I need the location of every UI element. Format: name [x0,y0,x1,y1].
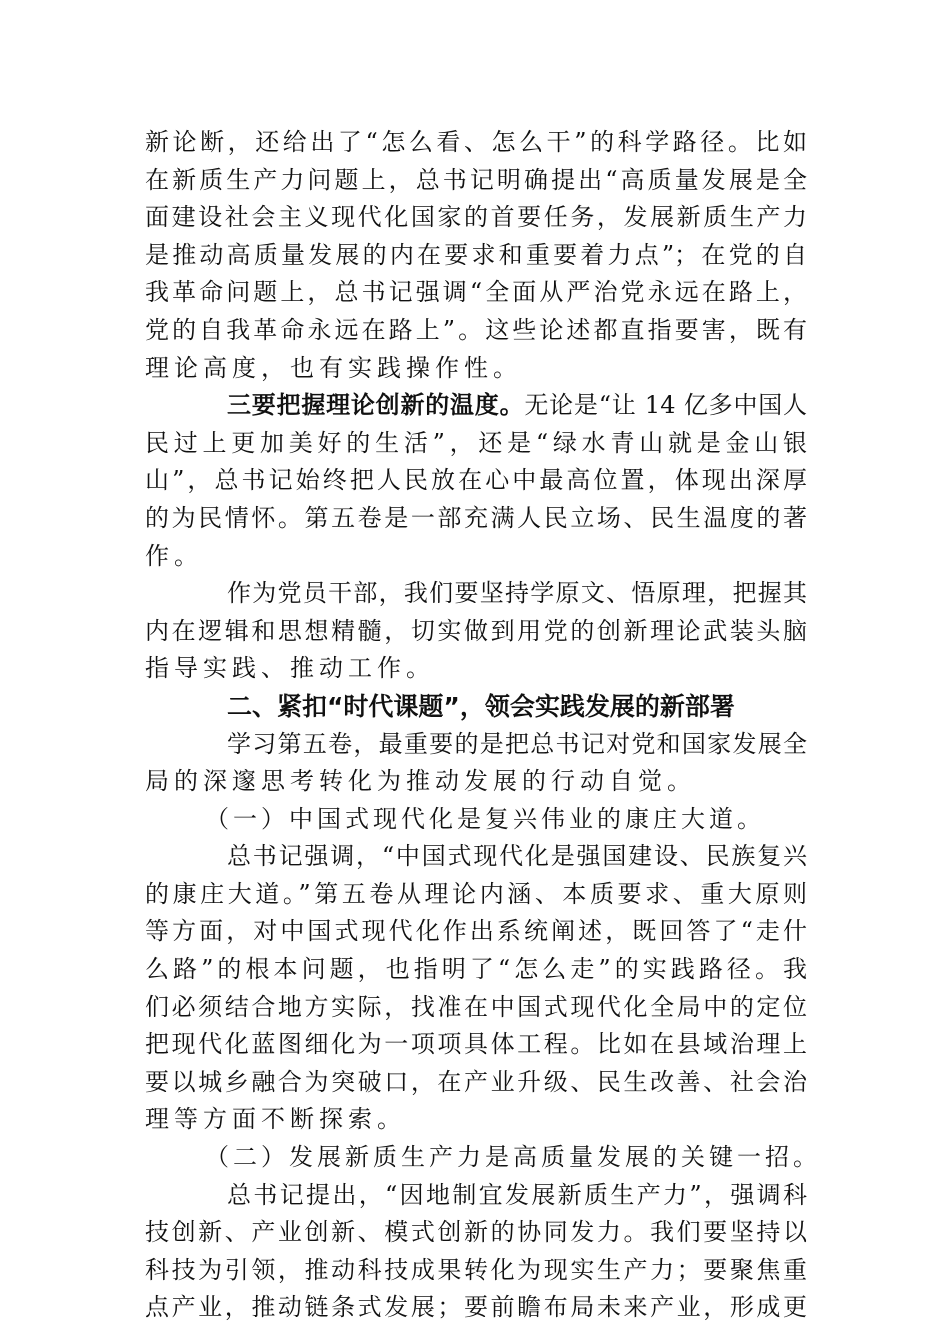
text-line: 在新质生产力问题上，总书记明确提出“高质量发展是全 [145,162,807,200]
text-line: 指导实践、推动工作。 [145,650,807,688]
text-line: 们必须结合地方实际，找准在中国式现代化全局中的定位 [145,989,807,1027]
paragraph-study-volume: 学习第五卷，最重要的是把总书记对党和国家发展全 局的深邃思考转化为推动发展的行动… [145,726,807,801]
paragraph-chinese-modernization: 总书记强调，“中国式现代化是强国建设、民族复兴 的康庄大道。”第五卷从理论内涵、… [145,838,807,1139]
text-line: 作为党员干部，我们要坚持学原文、悟原理，把握其 [145,575,807,613]
text-line: 科技为引领，推动科技成果转化为现实生产力；要聚焦重 [145,1252,807,1290]
text-line: 局的深邃思考转化为推动发展的行动自觉。 [145,763,807,801]
text-span: 无论是“让 14 亿多中国人 [524,391,807,419]
paragraph-new-productive-forces: 总书记提出，“因地制宜发展新质生产力”，强调科 技创新、产业创新、模式创新的协同… [145,1177,807,1327]
text-line: 三要把握理论创新的温度。无论是“让 14 亿多中国人 [145,387,807,425]
text-line: 总书记强调，“中国式现代化是强国建设、民族复兴 [145,838,807,876]
text-line: 总书记提出，“因地制宜发展新质生产力”，强调科 [145,1177,807,1215]
text-line: 是推动高质量发展的内在要求和重要着力点”；在党的自 [145,237,807,275]
text-line: 内在逻辑和思想精髓，切实做到用党的创新理论武装头脑 [145,613,807,651]
section-heading: 二、紧扣“时代课题”，领会实践发展的新部署 [145,688,807,726]
text-line: 面建设社会主义现代化国家的首要任务，发展新质生产力 [145,199,807,237]
text-line: 我革命问题上，总书记强调“全面从严治党永远在路上， [145,274,807,312]
text-line: 要以城乡融合为突破口，在产业升级、民生改善、社会治 [145,1064,807,1102]
text-line: 党的自我革命永远在路上”。这些论述都直指要害，既有 [145,312,807,350]
text-line: 点产业，推动链条式发展；要前瞻布局未来产业，形成更 [145,1289,807,1327]
paragraph-theory-warmth: 三要把握理论创新的温度。无论是“让 14 亿多中国人 民过上更加美好的生活”，还… [145,387,807,575]
subsection-heading: （一）中国式现代化是复兴伟业的康庄大道。 [145,801,807,839]
text-line: 的为民情怀。第五卷是一部充满人民立场、民生温度的著 [145,500,807,538]
document-page: 新论断，还给出了“怎么看、怎么干”的科学路径。比如 在新质生产力问题上，总书记明… [145,124,807,1327]
text-line: 民过上更加美好的生活”，还是“绿水青山就是金山银 [145,425,807,463]
paragraph-party-members: 作为党员干部，我们要坚持学原文、悟原理，把握其 内在逻辑和思想精髓，切实做到用党… [145,575,807,688]
text-line: 把现代化蓝图细化为一项项具体工程。比如在县域治理上 [145,1026,807,1064]
text-line: 技创新、产业创新、模式创新的协同发力。我们要坚持以 [145,1214,807,1252]
text-line: 学习第五卷，最重要的是把总书记对党和国家发展全 [145,726,807,764]
text-line: 新论断，还给出了“怎么看、怎么干”的科学路径。比如 [145,124,807,162]
subsection-heading: （二）发展新质生产力是高质量发展的关键一招。 [145,1139,807,1177]
text-line: 的康庄大道。”第五卷从理论内涵、本质要求、重大原则 [145,876,807,914]
text-line: 么路”的根本问题，也指明了“怎么走”的实践路径。我 [145,951,807,989]
text-line: 理论高度，也有实践操作性。 [145,350,807,388]
paragraph-lead-bold: 三要把握理论创新的温度。 [227,391,524,419]
text-line: 理等方面不断探索。 [145,1101,807,1139]
text-line: 山”，总书记始终把人民放在心中最高位置，体现出深厚 [145,462,807,500]
text-line: 作。 [145,538,807,576]
paragraph-continuation: 新论断，还给出了“怎么看、怎么干”的科学路径。比如 在新质生产力问题上，总书记明… [145,124,807,387]
text-line: 等方面，对中国式现代化作出系统阐述，既回答了“走什 [145,913,807,951]
